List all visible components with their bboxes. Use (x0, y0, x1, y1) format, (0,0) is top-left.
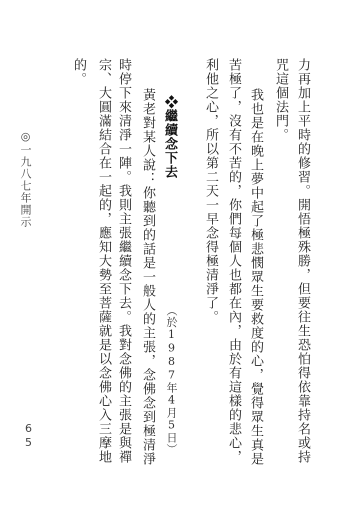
body-column-6: 黃老對某人說：你聽到的話是一般人的主張，念佛念到極清淨 (140, 88, 154, 466)
body-column-7: 時停下來清淨一陣。我則主張繼續念下去。我對念佛的主張是與禪 (116, 58, 130, 464)
body-column-8: 宗、大圓滿結合在一起的，應知大勢至菩薩就是以念佛心入三摩地 (96, 58, 110, 464)
body-column-3: 我也是在晚上夢中起了極悲憫眾生要救度的心，覺得眾生真是 (248, 88, 262, 466)
body-column-5: 利他之心，所以第二天一早念得極清淨了。 (203, 58, 217, 324)
body-column-1: 力再加上平時的修習。開悟極殊勝，但要往生恐怕得依靠持名或持 (295, 58, 309, 464)
body-column-9: 的。 (71, 58, 85, 86)
date-note: （於1987年4月5日） (164, 305, 178, 455)
body-column-4: 苦極了，沒有不苦的，你們每個人也都在內，由於有這樣的悲心， (226, 58, 240, 464)
running-title: ◎一九八七年開示 (18, 130, 32, 228)
body-column-2: 咒這個法門。 (273, 58, 287, 142)
section-heading: ❖繼續念下去 (162, 95, 176, 179)
page-number: 65 (21, 422, 35, 450)
